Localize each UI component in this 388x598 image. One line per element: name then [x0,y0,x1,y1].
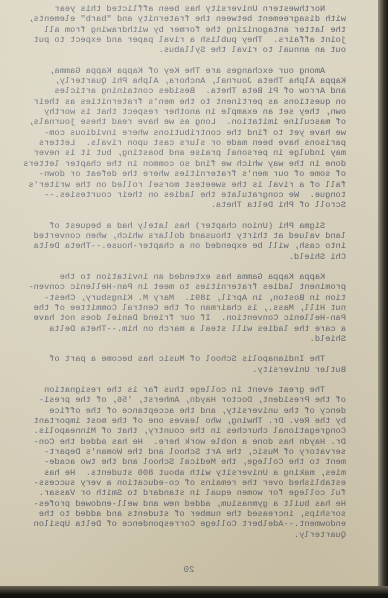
typewritten-body: Northwestern University has been afflict… [6,4,346,550]
text-line: with disagreement between the fraternity… [6,14,346,24]
text-line: Shield. [6,334,346,344]
text-line: established over the remains of co-educa… [6,478,346,488]
text-line: Butler University. [6,365,346,375]
text-line: of the President, Doctor Haydn, Amherst,… [6,395,346,405]
text-line: Congregational churches in the country, … [6,426,346,436]
text-line: land valued at thirty thousand dollars w… [6,231,346,241]
paragraph: Sigma Phi (Union chapter) has lately had… [6,221,346,262]
text-line: a care the ladies will steal a march on … [6,324,346,334]
text-line: of masculine imitation. Long as we have … [6,117,346,127]
text-line: on questions as pertinent to the men's f… [6,97,346,107]
paragraph: The great event in college thus far is t… [6,385,346,540]
paragraph: Among our exchanges are The Key of Kappa… [6,66,346,211]
text-line: servatory of Music, the Art School and t… [6,447,346,457]
paragraph: Kappa Kappa Gamma has extended an invita… [6,272,346,344]
paragraph: The Indianapolis School of Music has bec… [6,354,346,375]
text-line: out an annual to rival the Syllabus. [6,45,346,55]
text-line: ful college for women equal in standard … [6,488,346,498]
scanned-page: Northwestern University has been afflict… [0,0,378,588]
text-line: tion in Boston, in April, 1891. Mary M. … [6,293,346,303]
mirrored-text-layer: Northwestern University has been afflict… [0,0,378,588]
paragraph: Northwestern University has been afflict… [6,4,346,56]
text-line: we have yet to find the contributions wh… [6,128,346,138]
text-line: by the Rev. Dr. Thwing, who leaves one o… [6,416,346,426]
page-edge-shadow-bottom [0,586,388,598]
text-line: dency of the university, and the accepta… [6,406,346,416]
text-line: and Arrow of Pi Beta Theta. Besides cont… [6,86,346,96]
text-line: the latter antagonizing the former by wi… [6,25,346,35]
text-line: done in the way which we find so common … [6,159,346,169]
text-line: tongue. We congratulate the ladies on th… [6,190,346,200]
page-edge-shadow-right [378,0,388,598]
text-line: Scroll of Phi Delta Theta. [6,200,346,210]
text-line: endowment.--Adelbert College Corresponde… [6,519,346,529]
text-line: prominent ladies fraternities to meet in… [6,282,346,292]
text-line: Chi Shield. [6,252,346,262]
text-line: ment to the College, the Medical School … [6,457,346,467]
text-line: of some of our men's fraternities where … [6,169,346,179]
text-line: Pan-Hellenic Convention. If our friend D… [6,313,346,323]
text-line: may indulge in personal praise and boast… [6,148,346,158]
text-line: Kappa Kappa Gamma has extended an invita… [6,272,346,282]
text-line: own, they set an example in another resp… [6,107,346,117]
text-line: Among our exchanges are The Key of Kappa… [6,66,346,76]
text-line: Sigma Phi (Union chapter) has lately had… [6,221,346,231]
text-line: joint affairs. They publish a rival pape… [6,35,346,45]
text-line: Kappa Alpha Theta Journal, Anchora, Alph… [6,76,346,86]
text-line: The Indianapolis School of Music has bec… [6,354,346,364]
text-line: Quarterly. [6,530,346,540]
text-line: sorships, increased the number of studen… [6,509,346,519]
text-line: parisons have been made or slurs cast up… [6,138,346,148]
text-line: Dr. Haydn has done a noble work here. He… [6,437,346,447]
text-line: Northwestern University has been afflict… [6,4,346,14]
text-line: nut Hill, Mass., is chairman of the Cent… [6,303,346,313]
text-line: into cash, will be expended on a chapter… [6,241,346,251]
text-line: mies, making a University with about 800… [6,468,346,478]
text-line: fall of a rival is the sweetest morsel r… [6,180,346,190]
text-line: The great event in college thus far is t… [6,385,346,395]
page-number: 20 [0,565,378,575]
text-line: He has built a gymnasium, added new and … [6,499,346,509]
